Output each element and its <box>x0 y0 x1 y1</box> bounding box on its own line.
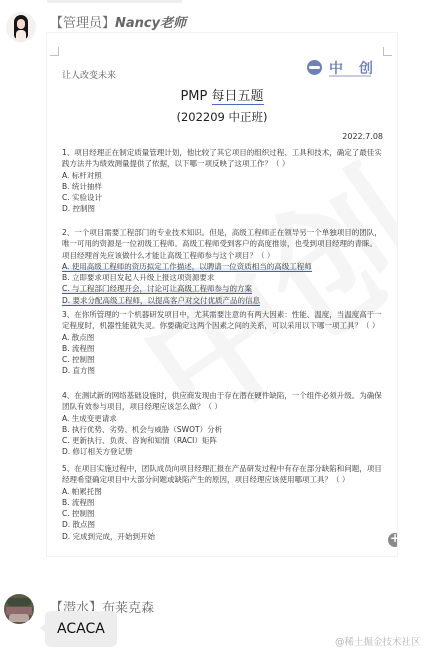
option-c: C. 控制图 <box>62 354 384 365</box>
option-a: A. 生成变更请求 <box>62 413 384 424</box>
option-d: D. 直方图 <box>62 365 384 376</box>
option-b: B. 立即要求项目发起人升级上报这项资源要求 <box>62 272 384 283</box>
option-text-highlighted: C. 与工程部门经理开会，讨论可让高级工程师参与的方案 <box>62 284 252 294</box>
message-bubble[interactable]: ACACA <box>45 611 117 647</box>
document-page: 中创 让人改变未来 中创 PMP 每日五题 (202209 中正班) 2022.… <box>47 33 397 556</box>
sender-name-nancy: 【管理员】Nancy老师 <box>50 12 186 31</box>
logo-subtext <box>329 75 371 77</box>
sender-role: 【管理员】 <box>50 16 115 31</box>
option-d: D. 散点图 <box>62 519 384 530</box>
option-d: D. 要求分配高级工程师，以提高客户对交付优质产品的信息 <box>62 295 384 306</box>
sender-name: Nancy老师 <box>115 16 186 31</box>
shared-document-image[interactable]: 中创 让人改变未来 中创 PMP 每日五题 (202209 中正班) 2022.… <box>47 33 397 556</box>
option-c: C. 实验设计 <box>62 192 384 203</box>
question-4: 4、在测试新的网络基础设施时，供应商发现由于存在潜在硬件缺陷，一个组件必须升级。… <box>62 390 384 458</box>
option-c: C. 更新执行、负责、咨询和知情（RACI）矩阵 <box>62 435 384 446</box>
logo-mark-icon <box>307 60 322 75</box>
question-2: 2、一个项目需要工程部门的专业技术知识。但是，高级工程师正在领导另一个单独项目的… <box>62 227 384 306</box>
question-1: 1、项目经理正在制定质量管理计划，他比较了其它项目的组织过程、工具和技术，确定了… <box>62 147 384 215</box>
question-5: 5、在项目实施过程中，团队成员向项目经理汇报在产品研发过程中有存在部分缺陷和问题… <box>62 463 384 542</box>
option-a: A. 帕累托图 <box>62 486 384 497</box>
previous-message-edge <box>47 0 182 3</box>
crop-mark-icon <box>383 47 392 56</box>
option-d: D. 修订相关方登记册 <box>62 446 384 457</box>
document-title: PMP 每日五题 <box>47 85 397 104</box>
question-stem: 2、一个项目需要工程部门的专业技术知识。但是，高级工程师正在领导另一个单独项目的… <box>62 227 384 261</box>
document-date: 2022.7.08 <box>342 132 383 141</box>
title-prefix: PMP <box>180 89 211 104</box>
question-stem: 5、在项目实施过程中，团队成员向项目经理汇报在产品研发过程中有存在部分缺陷和问题… <box>62 463 384 486</box>
option-a: A. 散点图 <box>62 332 384 343</box>
question-stem: 1、项目经理正在制定质量管理计划，他比较了其它项目的组织过程、工具和技术，确定了… <box>62 147 384 170</box>
option-b: B. 执行优势、劣势、机会与威胁（SWOT）分析 <box>62 424 384 435</box>
option-text-highlighted: A. 使用高级工程师的资历拟定工作描述，以聘请一位资质相当的高级工程师 <box>62 262 312 272</box>
question-stem: 4、在测试新的网络基础设施时，供应商发现由于存在潜在硬件缺陷，一个组件必须升级。… <box>62 390 384 413</box>
avatar-blackson[interactable] <box>4 594 34 624</box>
option-c: C. 控制图 <box>62 508 384 519</box>
question-3: 3、在你所管理的一个机器研发项目中，尤其需要注意的有两大因素：性能、温度，当温度… <box>62 309 384 377</box>
brand-logo: 中创 <box>307 56 387 80</box>
option-d-extra: D. 完成到完成，开始到开始 <box>62 531 384 542</box>
zoom-in-icon[interactable] <box>388 533 397 547</box>
question-stem: 3、在你所管理的一个机器研发项目中，尤其需要注意的有两大因素：性能、温度，当温度… <box>62 309 384 332</box>
option-a: A. 标杆对照 <box>62 170 384 181</box>
title-main: 每日五题 <box>212 89 264 105</box>
document-subtitle: (202209 中正班) <box>47 109 397 125</box>
option-a: A. 使用高级工程师的资历拟定工作描述，以聘请一位资质相当的高级工程师 <box>62 261 384 272</box>
option-b: B. 流程图 <box>62 343 384 354</box>
source-credit: @稀土掘金技术社区 <box>335 634 421 648</box>
avatar-nancy[interactable] <box>6 12 36 42</box>
option-b: B. 统计抽样 <box>62 181 384 192</box>
option-d: D. 控制图 <box>62 203 384 214</box>
crop-mark-icon <box>50 47 59 56</box>
option-text-highlighted: D. 要求分配高级工程师，以提高客户对交付优质产品的信息 <box>62 296 260 306</box>
document-motto: 让人改变未来 <box>62 68 116 81</box>
option-c: C. 与工程部门经理开会，讨论可让高级工程师参与的方案 <box>62 283 384 294</box>
option-b: B. 流程图 <box>62 497 384 508</box>
